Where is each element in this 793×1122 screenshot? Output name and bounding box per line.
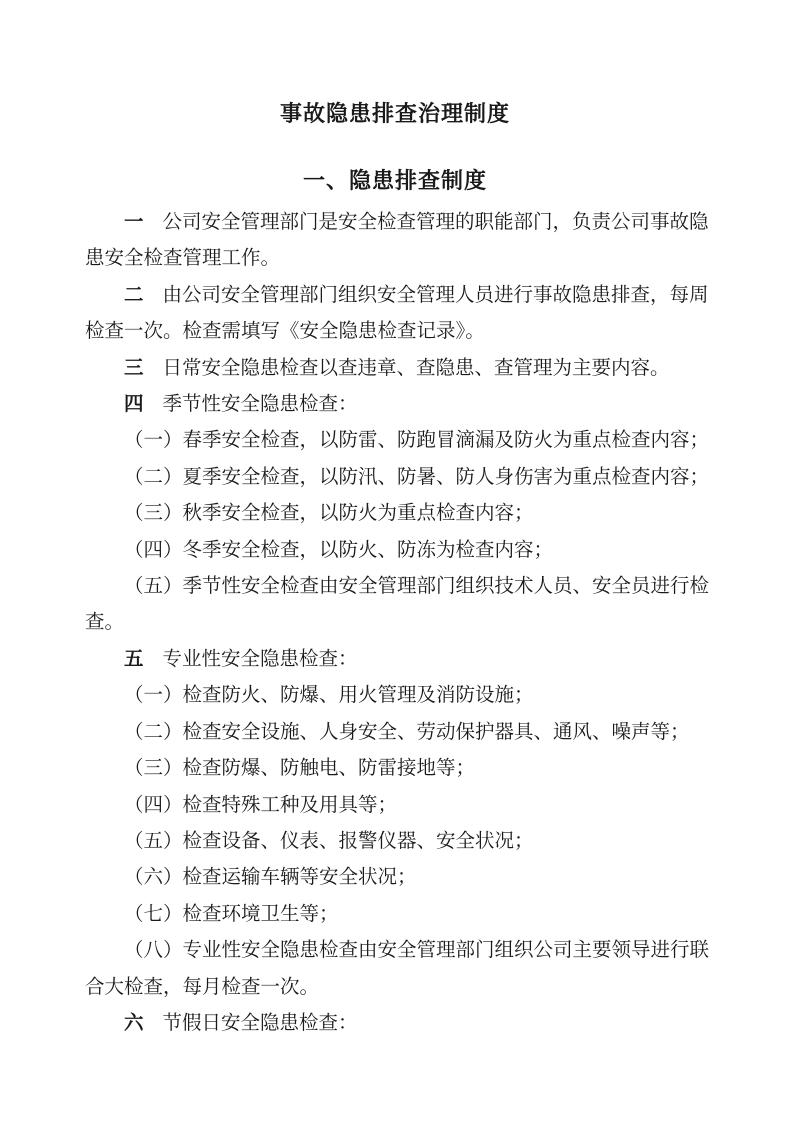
paragraph-5-item-6: （六）检查运输车辆等安全状况； [85,860,705,896]
text-line: （二）检查安全设施、人身安全、劳动保护器具、通风、噪声等； [85,715,705,751]
clause-text: （四）冬季安全检查，以防火、防冻为检查内容； [124,540,553,561]
clause-text: （三）秋季安全检查，以防火为重点检查内容； [124,503,534,524]
text-line: （八）专业性安全隐患检查由安全管理部门组织公司主要领导进行联 [85,933,705,969]
paragraph-6: 六节假日安全隐患检查： [85,1006,705,1042]
clause-text: （四）检查特殊工种及用具等； [124,795,397,816]
paragraph-3: 三日常安全隐患检查以查违章、查隐患、查管理为主要内容。 [85,351,705,387]
clause-number: 五 [124,649,144,670]
paragraph-5-item-1: （一）检查防火、防爆、用火管理及消防设施； [85,678,705,714]
clause-text: （八）专业性安全隐患检查由安全管理部门组织公司主要领导进行联 [124,940,709,961]
paragraph-5-item-2: （二）检查安全设施、人身安全、劳动保护器具、通风、噪声等； [85,715,705,751]
clause-text: （三）检查防爆、防触电、防雷接地等； [124,758,475,779]
paragraph-5: 五专业性安全隐患检查： [85,642,705,678]
section-heading: 一、隐患排查制度 [85,163,705,199]
paragraph-4-item-5: （五）季节性安全检查由安全管理部门组织技术人员、安全员进行检 查。 [85,569,705,642]
text-line: （四）检查特殊工种及用具等； [85,788,705,824]
paragraph-1: 一公司安全管理部门是安全检查管理的职能部门，负责公司事故隐 患安全检查管理工作。 [85,205,705,278]
clause-text: （七）检查环境卫生等； [124,904,339,925]
clause-text: （五）检查设备、仪表、报警仪器、安全状况； [124,831,534,852]
text-line: 六节假日安全隐患检查： [85,1006,705,1042]
clause-text: 查。 [85,612,124,633]
text-line: 四季节性安全隐患检查： [85,387,705,423]
clause-text: 公司安全管理部门是安全检查管理的职能部门，负责公司事故隐 [163,212,709,233]
clause-text: （六）检查运输车辆等安全状况； [124,867,417,888]
clause-text: 检查一次。检查需填写《安全隐患检查记录》。 [85,321,485,342]
clause-text: 日常安全隐患检查以查违章、查隐患、查管理为主要内容。 [163,358,670,379]
text-line: （四）冬季安全检查，以防火、防冻为检查内容； [85,533,705,569]
clause-text: 专业性安全隐患检查： [163,649,358,670]
clause-number: 三 [124,358,144,379]
clause-text: 患安全检查管理工作。 [85,248,280,269]
text-line: （六）检查运输车辆等安全状况； [85,860,705,896]
paragraph-5-item-3: （三）检查防爆、防触电、防雷接地等； [85,751,705,787]
paragraph-4-item-4: （四）冬季安全检查，以防火、防冻为检查内容； [85,533,705,569]
text-line: 检查一次。检查需填写《安全隐患检查记录》。 [85,314,705,350]
document-body: 一公司安全管理部门是安全检查管理的职能部门，负责公司事故隐 患安全检查管理工作。… [85,205,705,1042]
text-line: 三日常安全隐患检查以查违章、查隐患、查管理为主要内容。 [85,351,705,387]
clause-number: 二 [124,285,144,306]
paragraph-2: 二由公司安全管理部门组织安全管理人员进行事故隐患排查，每周 检查一次。检查需填写… [85,278,705,351]
paragraph-5-item-8: （八）专业性安全隐患检查由安全管理部门组织公司主要领导进行联 合大检查，每月检查… [85,933,705,1006]
text-line: 五专业性安全隐患检查： [85,642,705,678]
clause-text: （一）春季安全检查，以防雷、防跑冒滴漏及防火为重点检查内容； [124,430,709,451]
text-line: 合大检查，每月检查一次。 [85,970,705,1006]
clause-text: 节假日安全隐患检查： [163,1013,358,1034]
text-line: （二）夏季安全检查，以防汛、防暑、防人身伤害为重点检查内容； [85,460,705,496]
document-title: 事故隐患排查治理制度 [85,96,705,132]
clause-text: （二）夏季安全检查，以防汛、防暑、防人身伤害为重点检查内容； [124,467,709,488]
text-line: （一）检查防火、防爆、用火管理及消防设施； [85,678,705,714]
clause-text: 由公司安全管理部门组织安全管理人员进行事故隐患排查，每周 [163,285,709,306]
text-line: （三）秋季安全检查，以防火为重点检查内容； [85,496,705,532]
text-line: （一）春季安全检查，以防雷、防跑冒滴漏及防火为重点检查内容； [85,423,705,459]
clause-text: 季节性安全隐患检查： [163,394,358,415]
clause-text: （二）检查安全设施、人身安全、劳动保护器具、通风、噪声等； [124,722,690,743]
paragraph-5-item-5: （五）检查设备、仪表、报警仪器、安全状况； [85,824,705,860]
clause-number: 四 [124,394,144,415]
text-line: （五）季节性安全检查由安全管理部门组织技术人员、安全员进行检 [85,569,705,605]
clause-text: （五）季节性安全检查由安全管理部门组织技术人员、安全员进行检 [124,576,709,597]
paragraph-4-item-2: （二）夏季安全检查，以防汛、防暑、防人身伤害为重点检查内容； [85,460,705,496]
text-line: （三）检查防爆、防触电、防雷接地等； [85,751,705,787]
document-content: 事故隐患排查治理制度 一、隐患排查制度 一公司安全管理部门是安全检查管理的职能部… [85,96,705,1042]
paragraph-4-item-3: （三）秋季安全检查，以防火为重点检查内容； [85,496,705,532]
clause-number: 一 [124,212,144,233]
clause-text: （一）检查防火、防爆、用火管理及消防设施； [124,685,534,706]
paragraph-4: 四季节性安全隐患检查： [85,387,705,423]
paragraph-5-item-4: （四）检查特殊工种及用具等； [85,788,705,824]
document-page: 事故隐患排查治理制度 一、隐患排查制度 一公司安全管理部门是安全检查管理的职能部… [0,0,793,1122]
paragraph-5-item-7: （七）检查环境卫生等； [85,897,705,933]
clause-text: 合大检查，每月检查一次。 [85,977,319,998]
paragraph-4-item-1: （一）春季安全检查，以防雷、防跑冒滴漏及防火为重点检查内容； [85,423,705,459]
text-line: 一公司安全管理部门是安全检查管理的职能部门，负责公司事故隐 [85,205,705,241]
clause-number: 六 [124,1013,144,1034]
text-line: 查。 [85,605,705,641]
text-line: （七）检查环境卫生等； [85,897,705,933]
text-line: 患安全检查管理工作。 [85,241,705,277]
text-line: （五）检查设备、仪表、报警仪器、安全状况； [85,824,705,860]
text-line: 二由公司安全管理部门组织安全管理人员进行事故隐患排查，每周 [85,278,705,314]
